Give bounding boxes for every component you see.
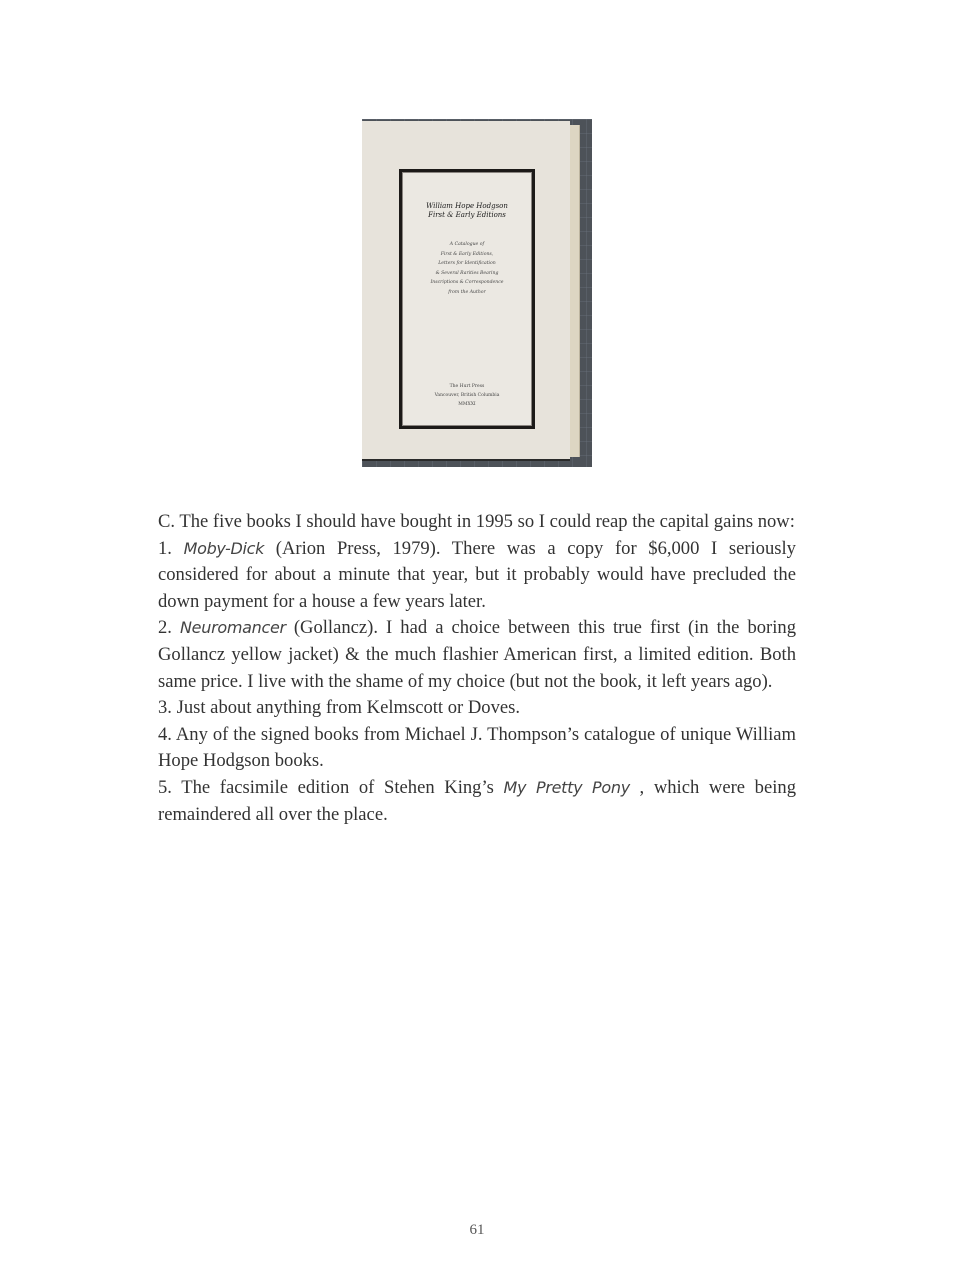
booklet-title: William Hope Hodgson First & Early Editi… — [402, 202, 532, 220]
intro-paragraph: C. The five books I should have bought i… — [158, 509, 796, 536]
booklet-subtitle: A Catalogue of First & Early Editions, L… — [402, 240, 532, 297]
page-number: 61 — [0, 1222, 954, 1239]
booklet-photo: William Hope Hodgson First & Early Editi… — [362, 119, 592, 467]
list-item-4: 4. Any of the signed books from Michael … — [158, 722, 796, 775]
list-item-3: 3. Just about anything from Kelmscott or… — [158, 695, 796, 722]
book-title: Moby-Dick — [184, 539, 265, 558]
body-text: C. The five books I should have bought i… — [158, 509, 796, 828]
list-item-5: 5. The facsimile edition of Stehen King’… — [158, 775, 796, 828]
book-title: Neuromancer — [180, 618, 286, 637]
book-title: My Pretty Pony — [504, 778, 630, 797]
booklet-imprint: The Hurt Press Vancouver, British Columb… — [402, 382, 532, 409]
document-page: William Hope Hodgson First & Early Editi… — [0, 0, 954, 1276]
list-item-2: 2. Neuromancer (Gollancz). I had a choic… — [158, 615, 796, 695]
booklet-title-page: William Hope Hodgson First & Early Editi… — [362, 121, 570, 461]
title-page-frame: William Hope Hodgson First & Early Editi… — [399, 169, 535, 429]
list-item-1: 1. Moby-Dick (Arion Press, 1979). There … — [158, 536, 796, 616]
